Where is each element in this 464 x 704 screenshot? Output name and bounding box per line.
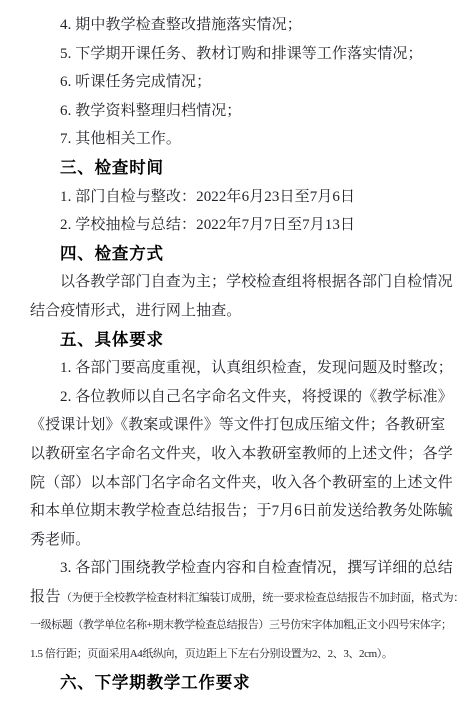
paragraph-line: 和本单位期末教学检查总结报告；于7月6日前发送给教务处陈毓 xyxy=(30,497,442,526)
paragraph-line: 以教研室名字命名文件夹，收入本教研室教师的上述文件；各学 xyxy=(30,440,442,469)
format-note-line: 1.5 倍行距；页面采用A4纸纵向，页边距上下左右分别设置为2、2、3、2cm）… xyxy=(30,640,442,669)
list-item: 3. 各部门围绕教学检查内容和自检查情况，撰写详细的总结 xyxy=(30,554,442,583)
section-heading-requirements: 五、具体要求 xyxy=(30,326,442,355)
document-body: 4. 期中教学检查整改措施落实情况； 5. 下学期开课任务、教材订购和排课等工作… xyxy=(0,0,464,697)
paragraph-line: 《授课计划》《教案或课件》等文件打包成压缩文件；各教研室 xyxy=(30,411,442,440)
list-item: 1. 部门自检与整改：2022年6月23日至7月6日 xyxy=(30,183,442,212)
section-heading-next-term: 六、下学期教学工作要求 xyxy=(30,669,442,698)
list-item: 2. 各位教师以自己名字命名文件夹，将授课的《教学标准》 xyxy=(30,383,442,412)
list-item: 4. 期中教学检查整改措施落实情况； xyxy=(30,11,442,40)
list-item: 6. 教学资料整理归档情况； xyxy=(30,97,442,126)
paragraph-line: 结合疫情形式，进行网上抽查。 xyxy=(30,297,442,326)
format-note-text: （为便于全校教学检查材料汇编装订成册，统一要求检查总结报告不加封面，格式为： xyxy=(61,592,464,604)
document-page: 4. 期中教学检查整改措施落实情况； 5. 下学期开课任务、教材订购和排课等工作… xyxy=(0,0,464,704)
section-heading-check-method: 四、检查方式 xyxy=(30,240,442,269)
list-item: 7. 其他相关工作。 xyxy=(30,125,442,154)
list-item: 2. 学校抽检与总结：2022年7月7日至7月13日 xyxy=(30,211,442,240)
format-note-line: 一级标题（教学单位名称+期末教学检查总结报告）三号仿宋字体加粗,正文小四号宋体字… xyxy=(30,611,442,640)
paragraph-line: 秀老师。 xyxy=(30,526,442,555)
report-lead-text: 报告 xyxy=(30,589,61,605)
list-item: 1. 各部门要高度重视，认真组织检查，发现问题及时整改； xyxy=(30,354,442,383)
list-item: 6. 听课任务完成情况； xyxy=(30,68,442,97)
paragraph-line-mixed-size: 报告（为便于全校教学检查材料汇编装订成册，统一要求检查总结报告不加封面，格式为： xyxy=(30,583,442,612)
paragraph-line: 以各教学部门自查为主；学校检查组将根据各部门自检情况 xyxy=(30,268,442,297)
paragraph-line: 院（部）以本部门名字命名文件夹，收入各个教研室的上述文件 xyxy=(30,469,442,498)
list-item: 5. 下学期开课任务、教材订购和排课等工作落实情况； xyxy=(30,40,442,69)
section-heading-check-time: 三、检查时间 xyxy=(30,154,442,183)
